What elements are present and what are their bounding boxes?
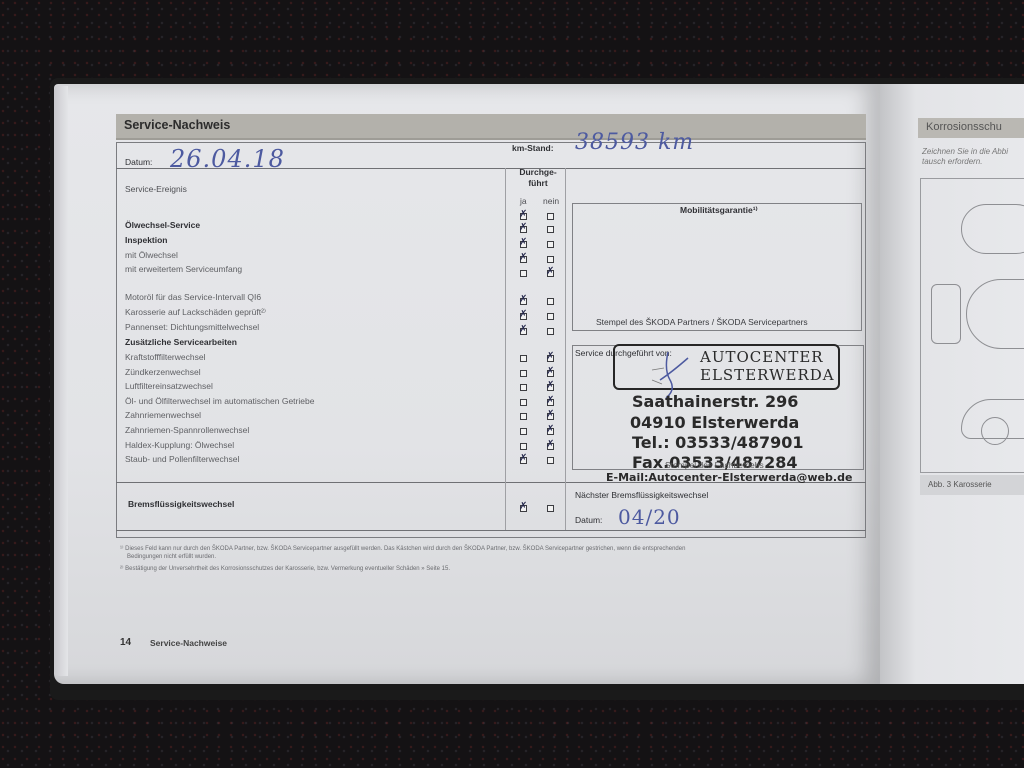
- checkbox-nein[interactable]: [547, 313, 554, 320]
- extra-item-label: Öl- und Ölfilterwechsel im automatischen…: [125, 396, 314, 406]
- brake-fluid-label: Bremsflüssigkeitswechsel: [128, 499, 234, 509]
- checkbox-nein[interactable]: [547, 413, 554, 420]
- next-brake-date-value: 04/20: [618, 505, 681, 529]
- wheel-icon: [981, 417, 1009, 445]
- checkbox-ja[interactable]: [520, 457, 527, 464]
- footnote-1: ¹⁾ Dieses Feld kann nur durch den ŠKODA …: [120, 545, 685, 552]
- mobility-stamp-caption: Stempel des ŠKODA Partners / ŠKODA Servi…: [596, 317, 808, 327]
- car-top-view-icon: [961, 204, 1024, 254]
- page-stack-edge: [54, 86, 68, 676]
- col-yes-header: ja: [520, 196, 527, 206]
- checkbox-ja[interactable]: [520, 328, 527, 335]
- section-title: Service-Nachweis: [124, 118, 230, 132]
- km-label: km-Stand:: [512, 143, 554, 153]
- extra-item-label: Haldex-Kupplung: Ölwechsel: [125, 440, 234, 450]
- stamp-email: E-Mail:Autocenter-Elsterwerda@web.de: [606, 471, 852, 484]
- checkbox-nein[interactable]: [547, 457, 554, 464]
- footnote-2: ²⁾ Bestätigung der Unversehrtheit des Ko…: [120, 565, 450, 572]
- brake-checkbox-ja[interactable]: [520, 505, 527, 512]
- car-hood-icon: [966, 279, 1024, 349]
- checkbox-ja[interactable]: [520, 384, 527, 391]
- stamp-caption: Stempel des Fachbetriebs: [665, 460, 764, 470]
- checkbox-ja[interactable]: [520, 270, 527, 277]
- right-section-title: Korrosionsschu: [926, 121, 1002, 133]
- checkbox-nein[interactable]: [547, 213, 554, 220]
- checkbox-nein[interactable]: [547, 256, 554, 263]
- checkbox-ja[interactable]: [520, 399, 527, 406]
- checkbox-ja[interactable]: [520, 443, 527, 450]
- right-section-header: Korrosionsschu: [918, 118, 1024, 138]
- stamp-tel: Tel.: 03533/487901: [632, 433, 803, 452]
- extra-work-title: Zusätzliche Servicearbeiten: [125, 337, 237, 347]
- stamp-name-line1: AUTOCENTER: [700, 348, 824, 366]
- checkbox-ja[interactable]: [520, 428, 527, 435]
- mobility-title: Mobilitätsgarantie¹⁾: [680, 205, 758, 216]
- page-number: 14: [120, 637, 131, 648]
- checkbox-nein[interactable]: [547, 328, 554, 335]
- right-figure-caption: Abb. 3 Karosserie: [928, 480, 992, 489]
- extra-item-label: Luftfiltereinsatzwechsel: [125, 381, 213, 391]
- right-intro-line1: Zeichnen Sie in die Abbi: [922, 147, 1008, 156]
- service-item-label: Karosserie auf Lackschäden geprüft²⁾: [125, 307, 266, 318]
- extra-item-label: Zahnriemen-Spannrollenwechsel: [125, 425, 249, 435]
- checkbox-nein[interactable]: [547, 370, 554, 377]
- stamp-name-line2: ELSTERWERDA: [700, 366, 835, 384]
- service-item-label: Inspektion: [125, 235, 168, 245]
- service-event-header: Service-Ereignis: [125, 184, 187, 194]
- next-brake-date-label: Datum:: [575, 515, 602, 525]
- service-item-label: mit erweitertem Serviceumfang: [125, 264, 242, 274]
- stamp-street: Saathainerstr. 296: [632, 392, 798, 411]
- extra-item-label: Zahnriemenwechsel: [125, 410, 201, 420]
- right-figure-caption-bar: Abb. 3 Karosserie: [920, 475, 1024, 495]
- checkbox-nein[interactable]: [547, 270, 554, 277]
- checkbox-ja[interactable]: [520, 213, 527, 220]
- page-footer-title: Service-Nachweise: [150, 638, 227, 648]
- service-item-label: Motoröl für das Service-Intervall QI6: [125, 292, 261, 302]
- extra-item-label: Zündkerzenwechsel: [125, 367, 201, 377]
- checkbox-ja[interactable]: [520, 298, 527, 305]
- km-value: 38593 km: [575, 130, 694, 155]
- date-label: Datum:: [125, 157, 152, 167]
- checkbox-nein[interactable]: [547, 443, 554, 450]
- checkbox-nein[interactable]: [547, 241, 554, 248]
- right-intro-line2: tausch erfordern.: [922, 157, 982, 166]
- checkbox-nein[interactable]: [547, 399, 554, 406]
- checkbox-nein[interactable]: [547, 298, 554, 305]
- checkbox-ja[interactable]: [520, 413, 527, 420]
- extra-item-label: Staub- und Pollenfilterwechsel: [125, 454, 239, 464]
- car-body-figure: [920, 178, 1024, 473]
- performed-header: Durchge- führt: [515, 167, 561, 189]
- extra-item-label: Kraftstofffilterwechsel: [125, 352, 205, 362]
- checkbox-ja[interactable]: [520, 241, 527, 248]
- brake-checkbox-nein[interactable]: [547, 505, 554, 512]
- checkbox-nein[interactable]: [547, 355, 554, 362]
- service-item-label: mit Ölwechsel: [125, 250, 178, 260]
- service-item-label: Ölwechsel-Service: [125, 220, 200, 230]
- checkbox-nein[interactable]: [547, 428, 554, 435]
- checkbox-nein[interactable]: [547, 226, 554, 233]
- service-item-label: Pannenset: Dichtungsmittelwechsel: [125, 322, 259, 332]
- column-divider: [565, 168, 566, 530]
- checkbox-nein[interactable]: [547, 384, 554, 391]
- date-value: 26.04.18: [170, 145, 285, 173]
- col-no-header: nein: [543, 196, 559, 206]
- divider: [116, 530, 866, 531]
- checkbox-ja[interactable]: [520, 355, 527, 362]
- column-divider: [505, 168, 506, 530]
- footnote-1-cont: Bedingungen nicht erfüllt wurden.: [127, 554, 216, 560]
- checkbox-ja[interactable]: [520, 313, 527, 320]
- checkbox-ja[interactable]: [520, 226, 527, 233]
- stamp-city: 04910 Elsterwerda: [630, 413, 799, 432]
- mobility-guarantee-box: [572, 203, 862, 331]
- section-header: Service-Nachweis: [116, 114, 866, 140]
- next-brake-label: Nächster Bremsflüssigkeitswechsel: [575, 490, 708, 500]
- checkbox-ja[interactable]: [520, 256, 527, 263]
- car-rear-view-icon: [931, 284, 961, 344]
- checkbox-ja[interactable]: [520, 370, 527, 377]
